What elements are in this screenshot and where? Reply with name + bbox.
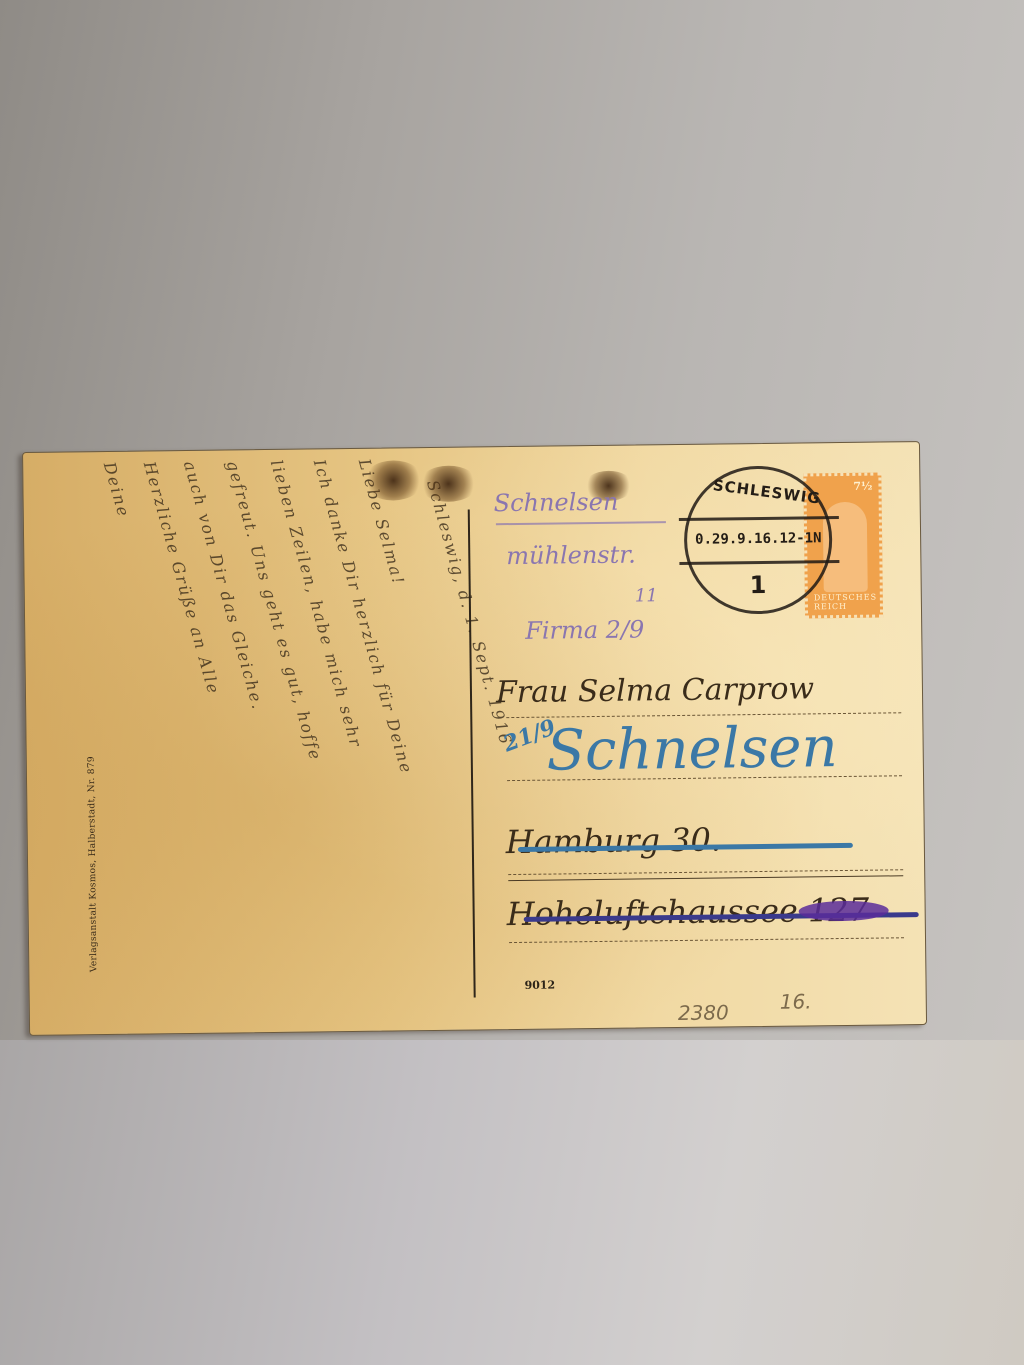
ink-stain — [363, 460, 423, 501]
forwarding-note: 11 — [635, 585, 658, 606]
divider-line — [468, 510, 476, 998]
message-line: Deine — [100, 460, 134, 520]
address-line — [509, 937, 904, 943]
publisher-imprint: Verlagsanstalt Kosmos, Halberstadt, Nr. … — [87, 756, 100, 972]
pencil-note: 16. — [780, 989, 812, 1013]
card-number: 9012 — [524, 979, 555, 992]
forwarding-underline — [496, 521, 666, 525]
forwarding-note: Schnelsen — [493, 488, 618, 518]
recipient-name: Frau Selma Carprow — [496, 671, 815, 710]
address-line — [508, 875, 903, 881]
postcard: Verlagsanstalt Kosmos, Halberstadt, Nr. … — [22, 441, 927, 1036]
violet-ink-blot — [799, 900, 889, 921]
postmark-bar — [679, 560, 839, 565]
stamp-value: 7½ — [853, 480, 872, 493]
background-surface — [0, 1040, 1024, 1365]
address-line — [508, 869, 903, 875]
pencil-note: 2380 — [678, 1000, 729, 1025]
ink-stain — [418, 465, 478, 502]
struck-city: Hamburg 30. — [506, 820, 722, 861]
forwarding-note: mühlenstr. — [506, 541, 636, 571]
stamp-inscription: DEUTSCHES REICH — [814, 593, 880, 612]
postmark-letter: 1 — [750, 571, 767, 599]
forwarding-signature: Firma 2/9 — [525, 615, 644, 644]
postmark-date: 0.29.9.16.12-1N — [695, 530, 822, 548]
postmark-bar — [679, 516, 839, 521]
new-city: Schnelsen — [546, 715, 838, 784]
